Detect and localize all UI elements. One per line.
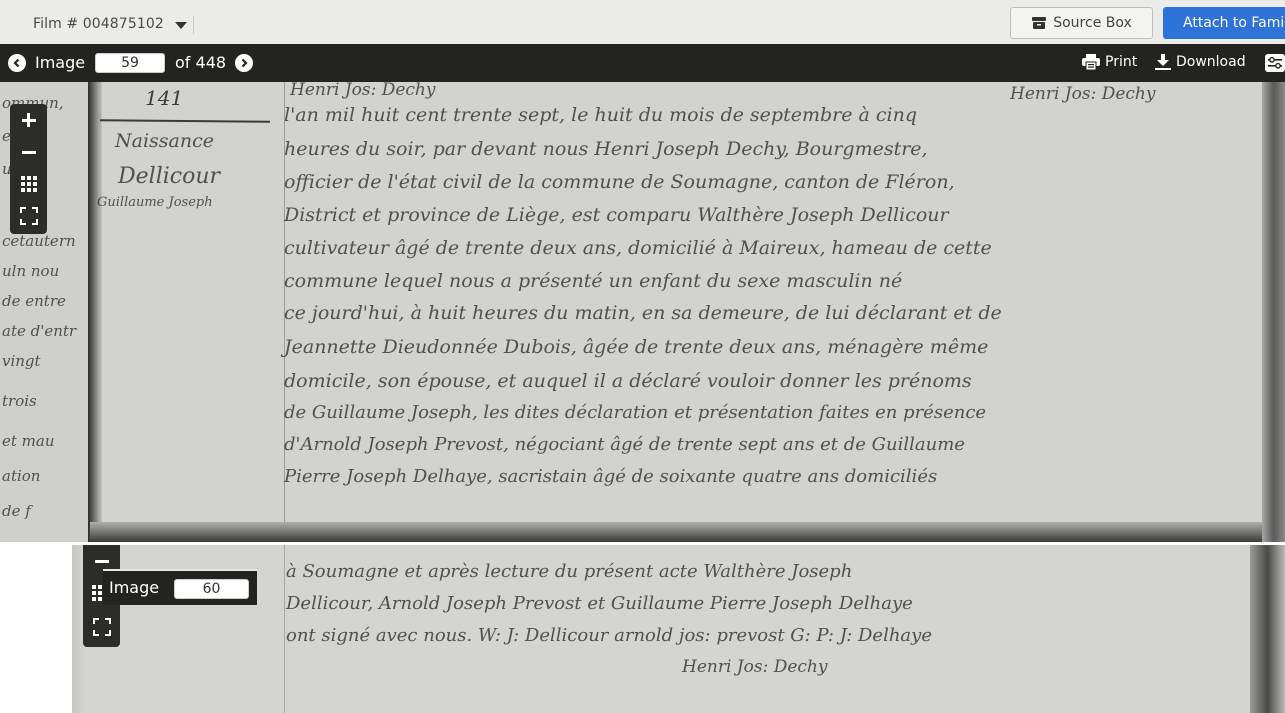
caret-down-icon[interactable] bbox=[175, 22, 187, 29]
chevron-right-circle-icon[interactable] bbox=[235, 54, 253, 72]
print-button[interactable]: Print bbox=[1082, 54, 1137, 70]
download-label: Download bbox=[1176, 54, 1246, 70]
page-binding bbox=[88, 82, 102, 542]
image-adjust-button[interactable] bbox=[1265, 54, 1285, 72]
zoom-in-button[interactable] bbox=[10, 104, 47, 136]
fullscreen-icon bbox=[20, 207, 38, 225]
fullscreen-button[interactable] bbox=[83, 611, 120, 643]
download-button[interactable]: Download bbox=[1155, 54, 1246, 70]
fullscreen-button[interactable] bbox=[10, 200, 47, 232]
archive-box-icon bbox=[1031, 16, 1047, 30]
plus-icon bbox=[22, 113, 36, 127]
fullscreen-icon bbox=[93, 618, 111, 636]
sliders-icon bbox=[1265, 54, 1285, 72]
image-60-label-box: Image bbox=[103, 569, 257, 605]
image-number-input-60[interactable] bbox=[174, 579, 249, 599]
viewer-toolbar: Image of 448 Print Download bbox=[0, 44, 1285, 82]
gallery-view-button[interactable] bbox=[10, 168, 47, 200]
zoom-controls bbox=[10, 104, 47, 234]
entry-given-names: Guillaume Joseph bbox=[97, 195, 213, 210]
printer-icon bbox=[1082, 54, 1100, 70]
source-box-label: Source Box bbox=[1053, 15, 1132, 31]
image-total: of 448 bbox=[175, 53, 226, 72]
image-label: Image bbox=[109, 578, 159, 597]
chevron-left-circle-icon[interactable] bbox=[8, 54, 26, 72]
attach-to-family-tree-button[interactable]: Attach to Family Tree bbox=[1163, 7, 1285, 39]
zoom-out-button[interactable] bbox=[10, 136, 47, 168]
page-bottom-edge bbox=[90, 522, 1285, 542]
film-number: Film # 004875102 bbox=[33, 16, 164, 32]
image-number-input[interactable] bbox=[95, 53, 165, 73]
download-icon bbox=[1155, 54, 1171, 70]
page-right-edge bbox=[1250, 545, 1285, 713]
minus-icon bbox=[22, 151, 36, 154]
page-right-edge bbox=[1262, 82, 1285, 542]
grid-icon bbox=[21, 176, 37, 192]
divider bbox=[193, 16, 194, 34]
top-header: Film # 004875102 Source Box Attach to Fa… bbox=[0, 0, 1285, 44]
entry-surname: Dellicour bbox=[118, 164, 220, 189]
record-image-59[interactable]: ommun, e el ure cetautern uln nou de ent… bbox=[0, 82, 1285, 542]
print-label: Print bbox=[1105, 54, 1137, 70]
entry-underline bbox=[100, 119, 270, 122]
image-label: Image bbox=[35, 53, 85, 72]
entry-title: Naissance bbox=[115, 130, 214, 152]
entry-number: 141 bbox=[145, 86, 183, 110]
margin-rule bbox=[284, 545, 285, 713]
source-box-button[interactable]: Source Box bbox=[1010, 7, 1153, 39]
minus-icon bbox=[95, 560, 109, 563]
